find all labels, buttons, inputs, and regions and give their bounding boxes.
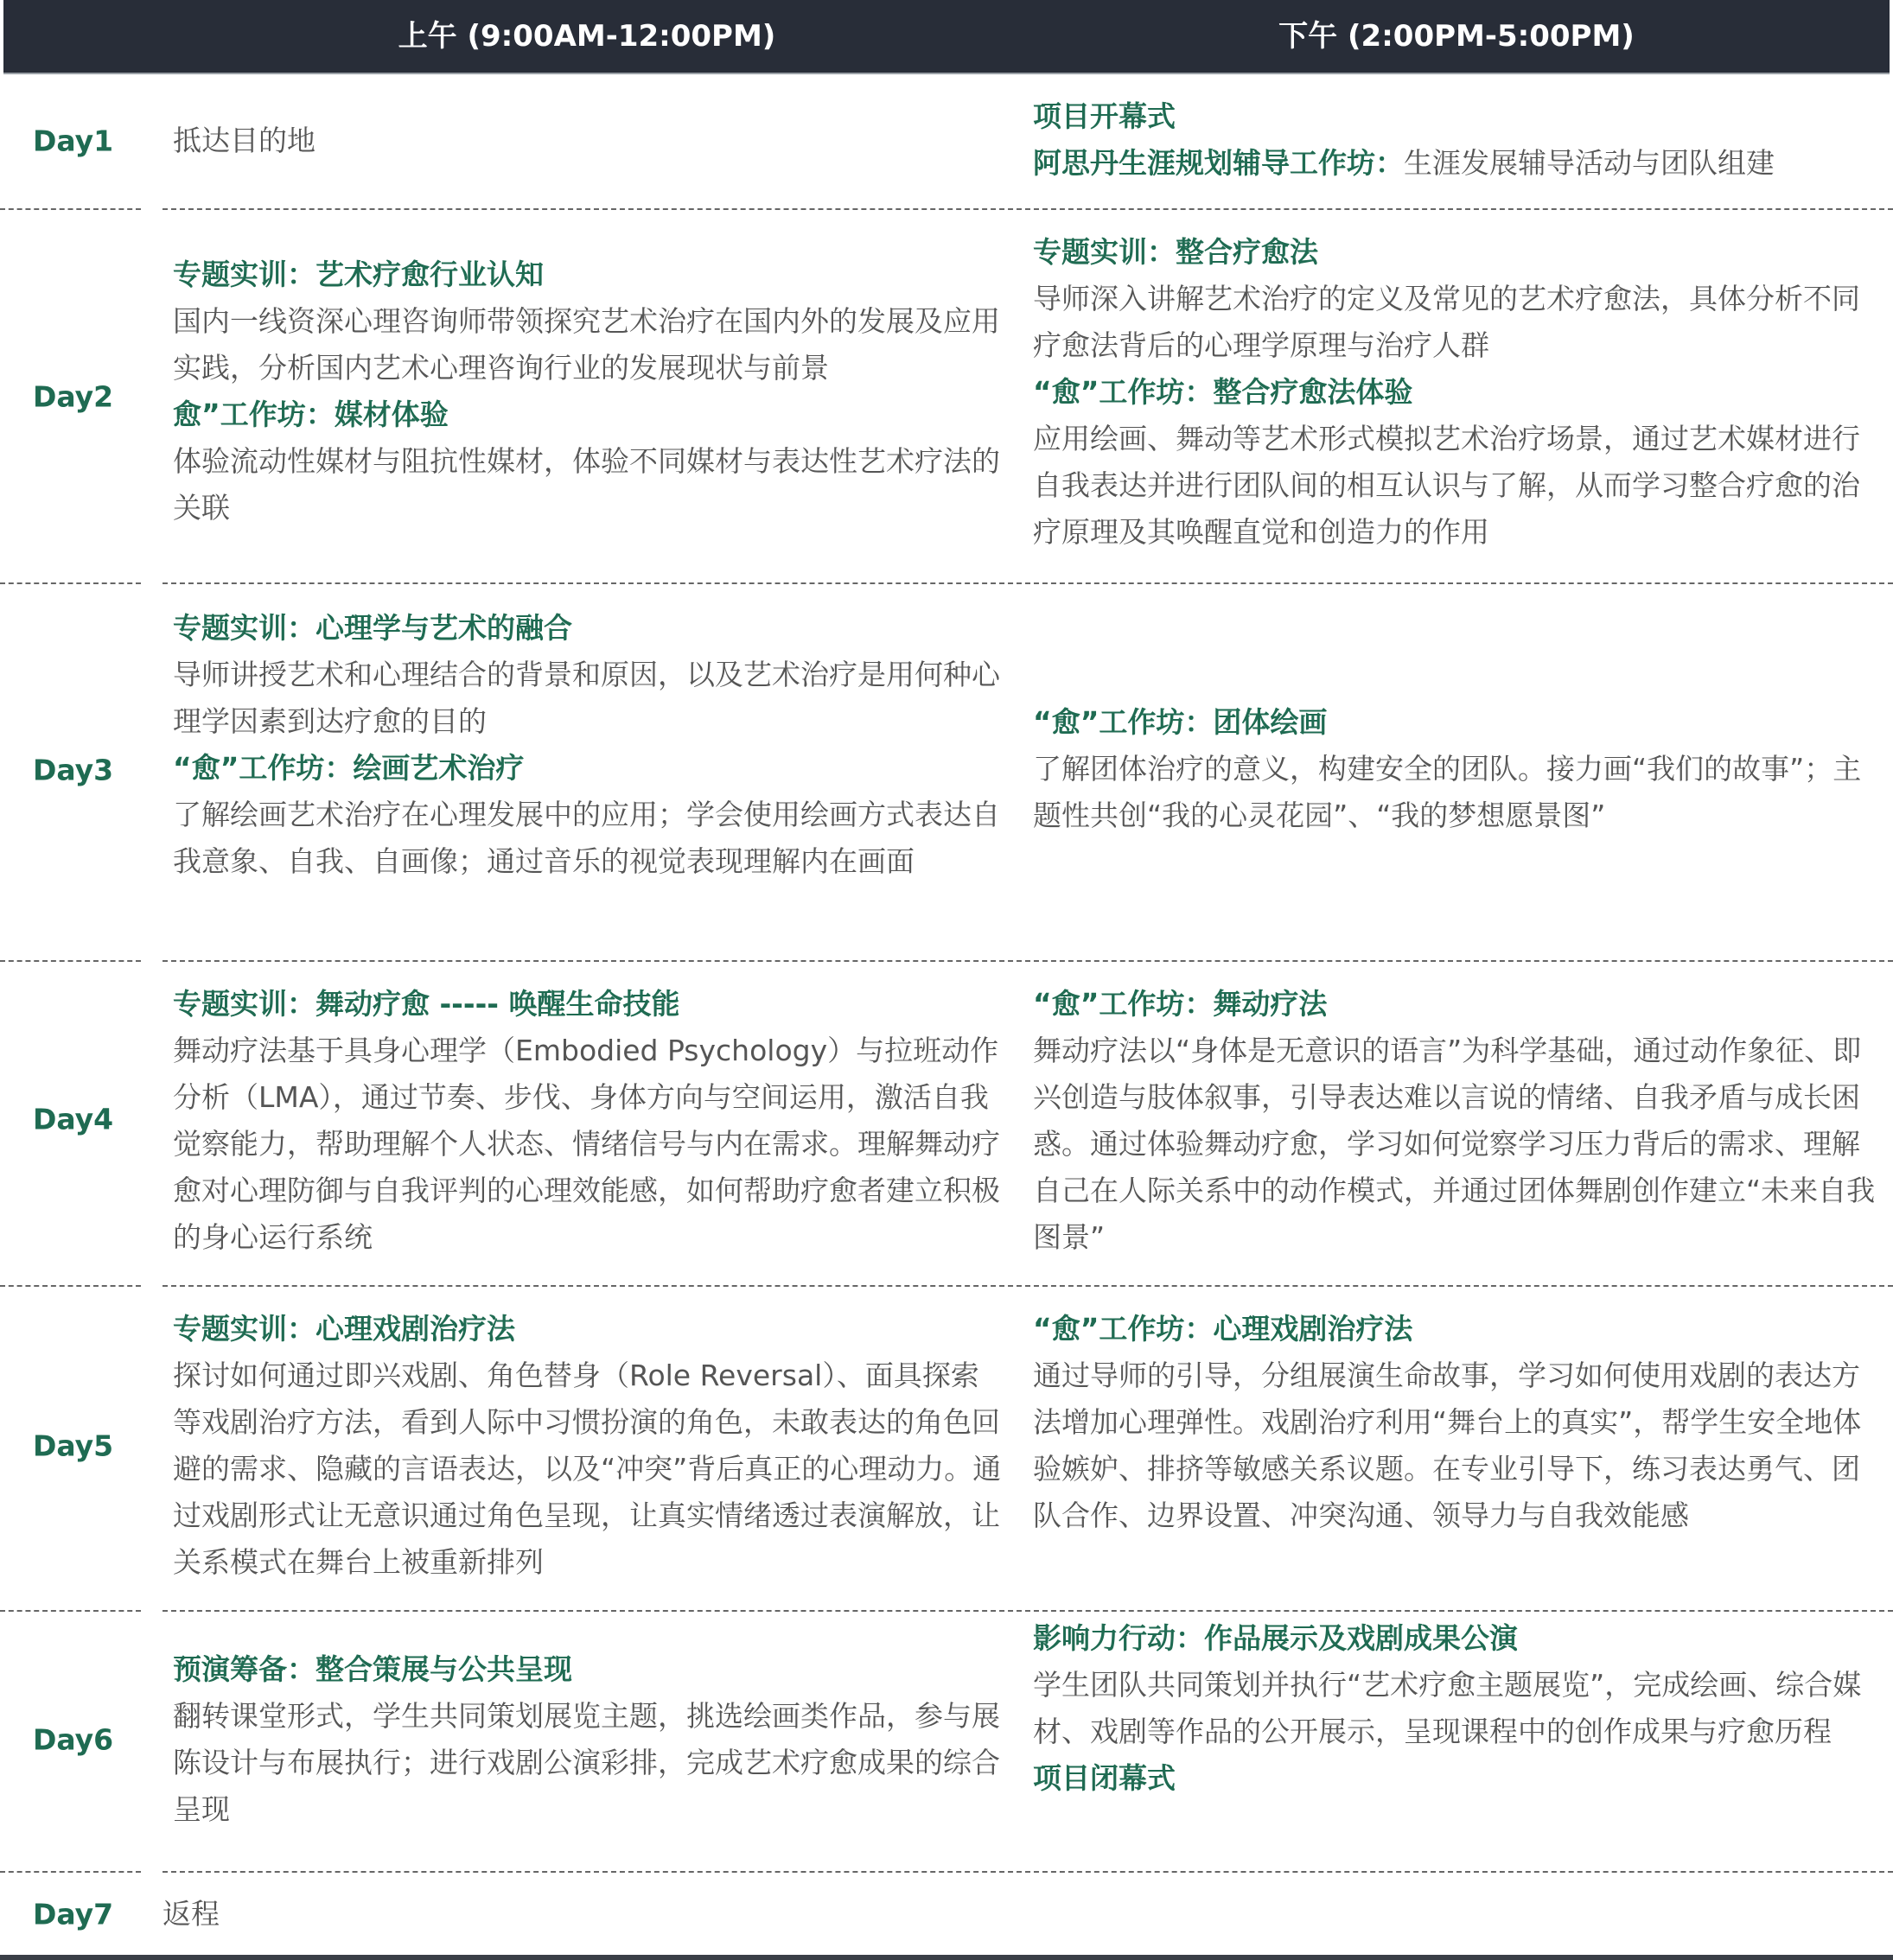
morning-text: 返程 bbox=[163, 1891, 997, 1938]
session-text: 导师深入讲解艺术治疗的定义及常见的艺术疗愈法，具体分析不同疗愈法背后的心理学原理… bbox=[1033, 276, 1880, 369]
session-text: 了解团体治疗的意义，构建安全的团队。接力画“我们的故事”；主题性共创“我的心灵花… bbox=[1033, 746, 1880, 839]
session-title: “愈”工作坊：舞动疗法 bbox=[1033, 981, 1880, 1028]
session-text: 应用绘画、舞动等艺术形式模拟艺术治疗场景，通过艺术媒材进行自我表达并进行团队间的… bbox=[1033, 416, 1880, 556]
session-text: 国内一线资深心理咨询师带领探究艺术治疗在国内外的发展及应用实践，分析国内艺术心理… bbox=[173, 298, 1007, 391]
morning-cell: 专题实训：舞动疗愈 ----- 唤醒生命技能 舞动疗法基于具身心理学（Embod… bbox=[173, 981, 1007, 1261]
session-title: 专题实训：艺术疗愈行业认知 bbox=[173, 251, 1007, 298]
session-title: 专题实训：整合疗愈法 bbox=[1033, 229, 1880, 276]
session-title: 项目开幕式 bbox=[1033, 93, 1880, 140]
morning-cell: 返程 bbox=[163, 1891, 997, 1938]
day-row-1: Day1 抵达目的地 项目开幕式 阿思丹生涯规划辅导工作坊：生涯发展辅导活动与团… bbox=[0, 74, 1893, 208]
session-title: 预演筹备：整合策展与公共呈现 bbox=[173, 1646, 1007, 1693]
day-row-3: Day3 专题实训：心理学与艺术的融合 导师讲授艺术和心理结合的背景和原因，以及… bbox=[0, 584, 1893, 960]
session-title: 项目闭幕式 bbox=[1033, 1755, 1880, 1802]
afternoon-cell: “愈”工作坊：舞动疗法 舞动疗法以“身体是无意识的语言”为科学基础，通过动作象征… bbox=[1033, 981, 1880, 1261]
afternoon-cell: 专题实训：整合疗愈法 导师深入讲解艺术治疗的定义及常见的艺术疗愈法，具体分析不同… bbox=[1033, 229, 1880, 556]
day-row-6: Day6 预演筹备：整合策展与公共呈现 翻转课堂形式，学生共同策划展览主题，挑选… bbox=[0, 1612, 1893, 1871]
session-title: 专题实训：舞动疗愈 ----- 唤醒生命技能 bbox=[173, 981, 1007, 1028]
day-label: Day5 bbox=[33, 1429, 145, 1463]
day-label: Day1 bbox=[33, 124, 145, 158]
session-text: 生涯发展辅导活动与团队组建 bbox=[1404, 146, 1775, 180]
schedule-header: 上午 (9:00AM-12:00PM) 下午 (2:00PM-5:00PM) bbox=[3, 0, 1890, 74]
day-row-4: Day4 专题实训：舞动疗愈 ----- 唤醒生命技能 舞动疗法基于具身心理学（… bbox=[0, 962, 1893, 1285]
session-text: 通过导师的引导，分组展演生命故事，学习如何使用戏剧的表达方法增加心理弹性。戏剧治… bbox=[1033, 1352, 1880, 1539]
session-text: 体验流动性媒材与阻抗性媒材，体验不同媒材与表达性艺术疗法的关联 bbox=[173, 438, 1007, 531]
session-title: 愈”工作坊：媒材体验 bbox=[173, 391, 1007, 438]
day-label: Day3 bbox=[33, 754, 145, 787]
session-text: 了解绘画艺术治疗在心理发展中的应用；学会使用绘画方式表达自我意象、自我、自画像；… bbox=[173, 792, 1007, 885]
morning-cell: 专题实训：艺术疗愈行业认知 国内一线资深心理咨询师带领探究艺术治疗在国内外的发展… bbox=[173, 251, 1007, 531]
session-title: “愈”工作坊：整合疗愈法体验 bbox=[1033, 369, 1880, 416]
morning-cell: 专题实训：心理戏剧治疗法 探讨如何通过即兴戏剧、角色替身（Role Revers… bbox=[173, 1306, 1007, 1586]
afternoon-cell: “愈”工作坊：团体绘画 了解团体治疗的意义，构建安全的团队。接力画“我们的故事”… bbox=[1033, 699, 1880, 839]
session-title: 影响力行动：作品展示及戏剧成果公演 bbox=[1033, 1615, 1880, 1662]
session-text: 探讨如何通过即兴戏剧、角色替身（Role Reversal）、面具探索等戏剧治疗… bbox=[173, 1352, 1007, 1586]
session-title: 专题实训：心理学与艺术的融合 bbox=[173, 605, 1007, 652]
morning-text: 抵达目的地 bbox=[173, 118, 1007, 164]
session-text: 舞动疗法基于具身心理学（Embodied Psychology）与拉班动作分析（… bbox=[173, 1028, 1007, 1261]
day-row-7: Day7 返程 bbox=[0, 1873, 1893, 1955]
table-bottom-border bbox=[0, 1955, 1893, 1960]
morning-cell: 抵达目的地 bbox=[173, 118, 1007, 164]
day-label: Day7 bbox=[33, 1898, 145, 1931]
header-afternoon-label: 下午 (2:00PM-5:00PM) bbox=[1023, 0, 1890, 73]
day-label: Day2 bbox=[33, 380, 145, 414]
header-morning-label: 上午 (9:00AM-12:00PM) bbox=[146, 0, 1028, 73]
session-title: 专题实训：心理戏剧治疗法 bbox=[173, 1306, 1007, 1352]
session-title: “愈”工作坊：绘画艺术治疗 bbox=[173, 745, 1007, 792]
session-text: 导师讲授艺术和心理结合的背景和原因，以及艺术治疗是用何种心理学因素到达疗愈的目的 bbox=[173, 652, 1007, 745]
morning-cell: 预演筹备：整合策展与公共呈现 翻转课堂形式，学生共同策划展览主题，挑选绘画类作品… bbox=[173, 1646, 1007, 1833]
afternoon-cell: 项目开幕式 阿思丹生涯规划辅导工作坊：生涯发展辅导活动与团队组建 bbox=[1033, 93, 1880, 187]
day-row-2: Day2 专题实训：艺术疗愈行业认知 国内一线资深心理咨询师带领探究艺术治疗在国… bbox=[0, 210, 1893, 582]
session-text: 翻转课堂形式，学生共同策划展览主题，挑选绘画类作品，参与展陈设计与布展执行；进行… bbox=[173, 1693, 1007, 1833]
session-text: 舞动疗法以“身体是无意识的语言”为科学基础，通过动作象征、即兴创造与肢体叙事，引… bbox=[1033, 1028, 1880, 1261]
day-label: Day4 bbox=[33, 1103, 145, 1136]
session-title: “愈”工作坊：团体绘画 bbox=[1033, 699, 1880, 746]
day-label: Day6 bbox=[33, 1723, 145, 1757]
session-title: “愈”工作坊：心理戏剧治疗法 bbox=[1033, 1306, 1880, 1352]
day-row-5: Day5 专题实训：心理戏剧治疗法 探讨如何通过即兴戏剧、角色替身（Role R… bbox=[0, 1287, 1893, 1610]
morning-cell: 专题实训：心理学与艺术的融合 导师讲授艺术和心理结合的背景和原因，以及艺术治疗是… bbox=[173, 605, 1007, 885]
afternoon-cell: “愈”工作坊：心理戏剧治疗法 通过导师的引导，分组展演生命故事，学习如何使用戏剧… bbox=[1033, 1306, 1880, 1539]
afternoon-cell: 影响力行动：作品展示及戏剧成果公演 学生团队共同策划并执行“艺术疗愈主题展览”，… bbox=[1033, 1615, 1880, 1802]
session-text: 学生团队共同策划并执行“艺术疗愈主题展览”，完成绘画、综合媒材、戏剧等作品的公开… bbox=[1033, 1662, 1880, 1755]
session-title: 阿思丹生涯规划辅导工作坊： bbox=[1033, 146, 1404, 180]
